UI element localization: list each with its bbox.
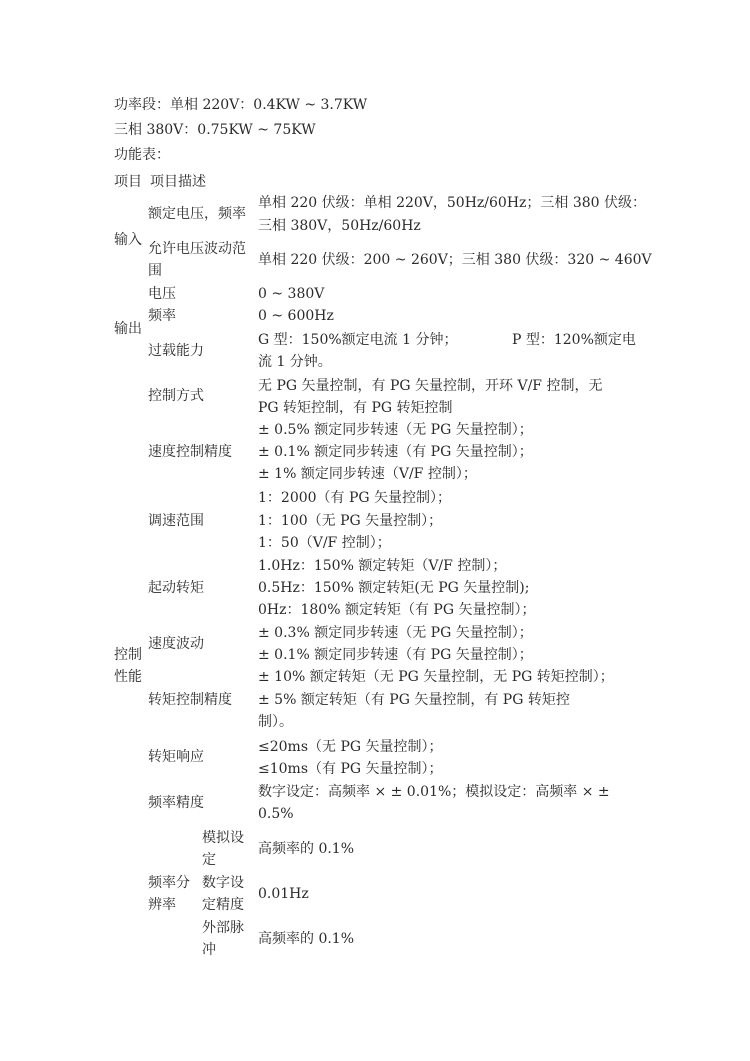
desc-control-mode-1: 无 PG 矢量控制，有 PG 矢量控制，开环 V/F 控制，无 — [258, 375, 602, 397]
header-description: 项目描述 — [150, 171, 206, 193]
desc-rated-voltage-2: 三相 380V，50Hz/60Hz — [258, 215, 421, 237]
desc-torque-accuracy-3: 制）。 — [258, 711, 293, 733]
desc-output-frequency: 0 ~ 600Hz — [258, 305, 334, 327]
desc-speed-accuracy-3: ± 1% 额定同步转速（V/F 控制）； — [258, 463, 477, 485]
group-input-label: 输入 — [114, 229, 142, 251]
desc-speed-accuracy-2: ± 0.1% 额定同步转速（有 PG 矢量控制）； — [258, 441, 533, 463]
item-starting-torque: 起动转矩 — [148, 577, 204, 599]
sub-external-pulse-1: 外部脉 — [202, 917, 244, 939]
desc-torque-accuracy-2: ± 5% 额定转矩（有 PG 矢量控制，有 PG 转矩控 — [258, 689, 570, 711]
header-item: 项目 — [114, 171, 142, 193]
desc-frequency-accuracy-1: 数字设定：高频率 × ± 0.01%；模拟设定：高频率 × ± — [258, 781, 610, 803]
sub-digital-setting-2: 定精度 — [202, 894, 244, 916]
desc-starting-torque-3: 0Hz：180% 额定转矩（有 PG 矢量控制）； — [258, 599, 535, 621]
desc-torque-response-1: ≤20ms（无 PG 矢量控制）； — [258, 736, 443, 758]
desc-overload-1: G 型：150%额定电流 1 分钟； — [258, 329, 457, 351]
item-control-mode: 控制方式 — [148, 385, 204, 407]
item-output-voltage: 电压 — [148, 283, 176, 305]
item-speed-fluctuation: 速度波动 — [148, 633, 204, 655]
sub-external-pulse-2: 冲 — [202, 939, 216, 961]
function-table-title: 功能表： — [114, 144, 170, 166]
item-freq-resolution-2: 辨率 — [148, 894, 176, 916]
item-torque-accuracy: 转矩控制精度 — [148, 689, 232, 711]
desc-overload-2: P 型：120%额定电 — [512, 329, 636, 351]
desc-overload-3: 流 1 分钟。 — [258, 351, 332, 373]
desc-torque-response-2: ≤10ms（有 PG 矢量控制）； — [258, 758, 443, 780]
three-phase-line: 三相 380V：0.75KW ~ 75KW — [114, 119, 316, 141]
item-speed-accuracy: 速度控制精度 — [148, 441, 232, 463]
item-voltage-fluctuation-2: 围 — [148, 260, 162, 282]
item-torque-response: 转矩响应 — [148, 746, 204, 768]
power-range-line: 功率段：单相 220V：0.4KW ~ 3.7KW — [114, 94, 367, 116]
item-output-frequency: 频率 — [148, 305, 176, 327]
desc-starting-torque-2: 0.5Hz：150% 额定转矩(无 PG 矢量控制); — [258, 577, 529, 599]
desc-frequency-accuracy-2: 0.5% — [258, 803, 294, 825]
desc-speed-fluctuation-2: ± 0.1% 额定同步转速（有 PG 矢量控制）； — [258, 644, 533, 666]
item-freq-resolution-1: 频率分 — [148, 872, 190, 894]
desc-speed-accuracy-1: ± 0.5% 额定同步转速（无 PG 矢量控制）； — [258, 419, 533, 441]
desc-voltage-fluctuation: 单相 220 伏级：200 ~ 260V；三相 380 伏级：320 ~ 460… — [258, 249, 652, 271]
sub-analog-setting-1: 模拟设 — [202, 827, 244, 849]
desc-speed-range-3: 1：50（V/F 控制）； — [258, 532, 391, 554]
desc-speed-range-1: 1：2000（有 PG 矢量控制）； — [258, 487, 451, 509]
desc-analog-setting: 高频率的 0.1% — [258, 838, 354, 860]
item-rated-voltage: 额定电压，频率 — [148, 203, 246, 225]
group-control-label-2: 性能 — [114, 666, 142, 688]
sub-digital-setting-1: 数字设 — [202, 872, 244, 894]
desc-digital-setting: 0.01Hz — [258, 883, 309, 905]
sub-analog-setting-2: 定 — [202, 849, 216, 871]
desc-rated-voltage-1: 单相 220 伏级：单相 220V，50Hz/60Hz；三相 380 伏级： — [258, 192, 646, 214]
desc-speed-fluctuation-1: ± 0.3% 额定同步转速（无 PG 矢量控制）； — [258, 622, 533, 644]
desc-external-pulse: 高频率的 0.1% — [258, 928, 354, 950]
item-frequency-accuracy: 频率精度 — [148, 792, 204, 814]
item-overload: 过载能力 — [148, 340, 204, 362]
desc-torque-accuracy-1: ± 10% 额定转矩（无 PG 矢量控制，无 PG 转矩控制）； — [258, 666, 614, 688]
group-output-label: 输出 — [114, 318, 142, 340]
desc-output-voltage: 0 ~ 380V — [258, 283, 324, 305]
desc-speed-range-2: 1：100（无 PG 矢量控制）； — [258, 510, 442, 532]
item-voltage-fluctuation-1: 允许电压波动范 — [148, 238, 246, 260]
desc-control-mode-2: PG 转矩控制，有 PG 转矩控制 — [258, 397, 453, 419]
item-speed-range: 调速范围 — [148, 510, 204, 532]
group-control-label-1: 控制 — [114, 644, 142, 666]
desc-starting-torque-1: 1.0Hz：150% 额定转矩（V/F 控制）； — [258, 555, 506, 577]
